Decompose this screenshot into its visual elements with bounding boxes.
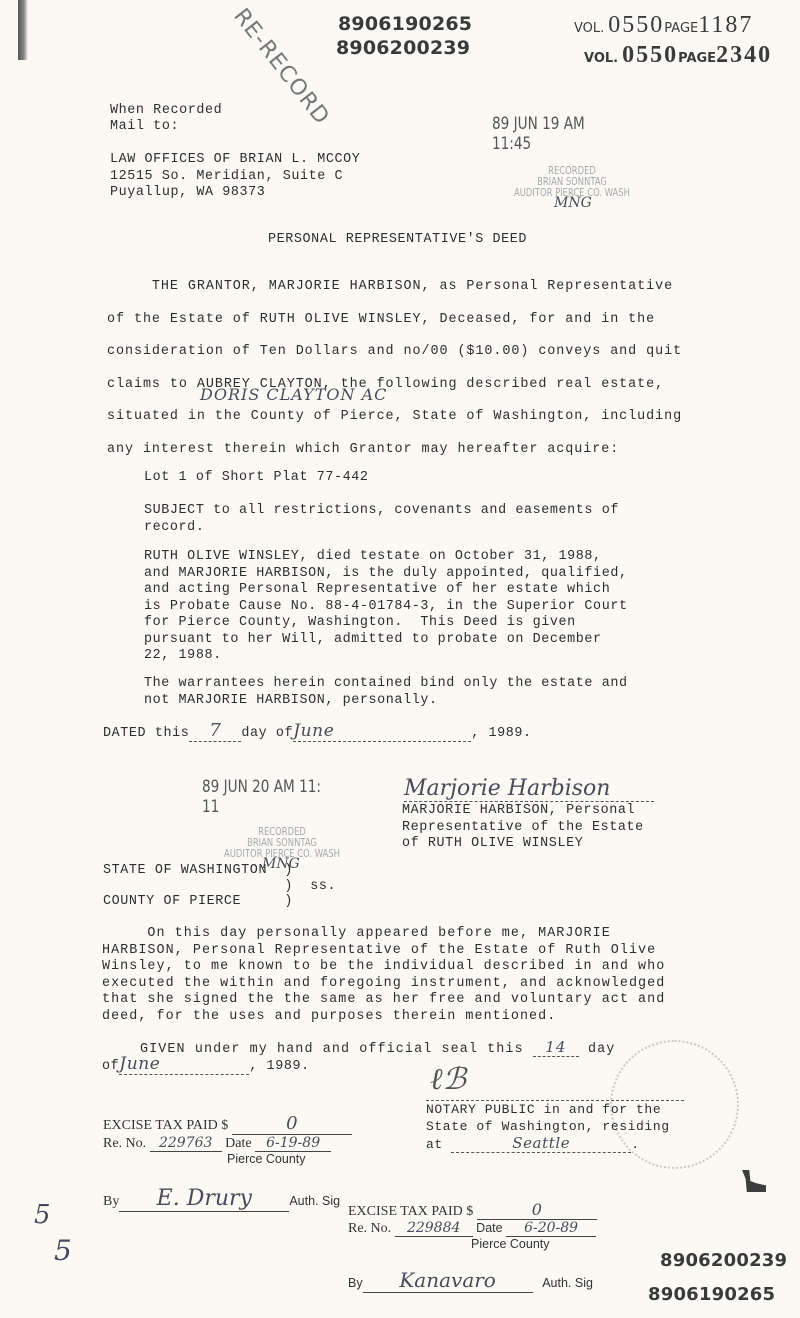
warrantee-paragraph: The warrantees herein contained bind onl… <box>144 676 628 709</box>
handwritten-grantee-addition: DORIS CLAYTON AC <box>200 385 387 404</box>
doc-number: 8906190265 <box>648 1278 787 1312</box>
excise-by-line-2: ByKanavaro Auth. Sig <box>348 1268 593 1293</box>
doc-number: 8906200239 <box>660 1244 787 1278</box>
dated-day-field: 7 <box>189 720 241 742</box>
excise-auth-signature: E. Drury <box>119 1186 289 1212</box>
notary-signature-line <box>426 1099 684 1101</box>
margin-note: 5 <box>34 1200 51 1230</box>
re-record-stamp: RE-RECORD <box>228 4 334 130</box>
grantor-signature: Marjorie Harbison <box>404 776 654 802</box>
scan-blotch <box>742 1170 766 1192</box>
mail-to-label: When Recorded Mail to: <box>110 103 222 135</box>
probate-paragraph: RUTH OLIVE WINSLEY, died testate on Octo… <box>144 549 628 665</box>
excise-receipt-number: 229884 <box>395 1220 473 1237</box>
excise-by-line-1: ByE. DruryAuth. Sig <box>103 1186 340 1212</box>
excise-date: 6-20-89 <box>506 1220 596 1237</box>
dated-line: DATED this7day ofJune, 1989. <box>103 720 532 742</box>
excise-tax-block-2: EXCISE TAX PAID $ 0 Re. No. 229884 Date … <box>348 1200 628 1251</box>
doc-number: 8906190265 <box>328 12 472 36</box>
legal-description: Lot 1 of Short Plat 77-442 <box>144 470 369 485</box>
acknowledgment-paragraph: On this day personally appeared before m… <box>102 926 665 1025</box>
excise-tax-amount: 0 <box>477 1200 597 1220</box>
recorded-line: AUDITOR PIERCE CO. WASH <box>508 188 636 199</box>
doc-number: 8906200239 <box>328 36 472 60</box>
excise-tax-amount: 0 <box>232 1113 352 1135</box>
excise-auth-signature: Kanavaro <box>363 1268 533 1293</box>
venue-block: STATE OF WASHINGTON ) ) ss. COUNTY OF PI… <box>103 863 336 910</box>
notary-block: NOTARY PUBLIC in and for the State of Wa… <box>426 1102 670 1154</box>
given-month-field: June <box>119 1054 249 1075</box>
notary-signature: ℓℬ <box>430 1062 466 1097</box>
doc-numbers-bottom: 8906200239 8906190265 <box>660 1244 787 1312</box>
excise-receipt-number: 229763 <box>150 1135 222 1152</box>
subject-clause: SUBJECT to all restrictions, covenants a… <box>144 503 619 536</box>
volume-page-stamp-2: VOL. 0550PAGE2340 <box>584 42 772 69</box>
recorded-line: AUDITOR PIERCE CO. WASH <box>218 849 346 860</box>
excise-date: 6-19-89 <box>255 1135 331 1152</box>
signature-block: MARJORIE HARBISON, Personal Representati… <box>402 803 644 853</box>
volume-page-stamp-1: VOL. 0550PAGE1187 <box>574 12 753 39</box>
scan-edge <box>18 0 28 60</box>
grantor-paragraph: THE GRANTOR, MARJORIE HARBISON, as Perso… <box>107 271 682 466</box>
excise-tax-block-1: EXCISE TAX PAID $ 0 Re. No. 229763 Date … <box>103 1113 363 1166</box>
given-line-2: ofJune, 1989. <box>102 1054 310 1075</box>
recorded-datetime: 89 JUN 19 AM 11:45 <box>492 114 620 154</box>
recorded-stamp-1: 89 JUN 19 AM 11:45 RECORDED BRIAN SONNTA… <box>492 114 652 211</box>
doc-numbers-top: 8906190265 8906200239 <box>328 12 472 60</box>
mail-to-address: LAW OFFICES OF BRIAN L. MCCOY 12515 So. … <box>110 152 360 202</box>
recorded-datetime: 89 JUN 20 AM 11: 11 <box>202 777 330 817</box>
page-title: PERSONAL REPRESENTATIVE'S DEED <box>268 232 527 247</box>
given-day-field: 14 <box>533 1038 579 1057</box>
recorded-stamp-2: 89 JUN 20 AM 11: 11 RECORDED BRIAN SONNT… <box>202 777 362 872</box>
margin-note: 5 <box>54 1234 72 1267</box>
dated-month-field: June <box>293 721 471 742</box>
notary-residing-field: Seattle <box>451 1135 631 1153</box>
